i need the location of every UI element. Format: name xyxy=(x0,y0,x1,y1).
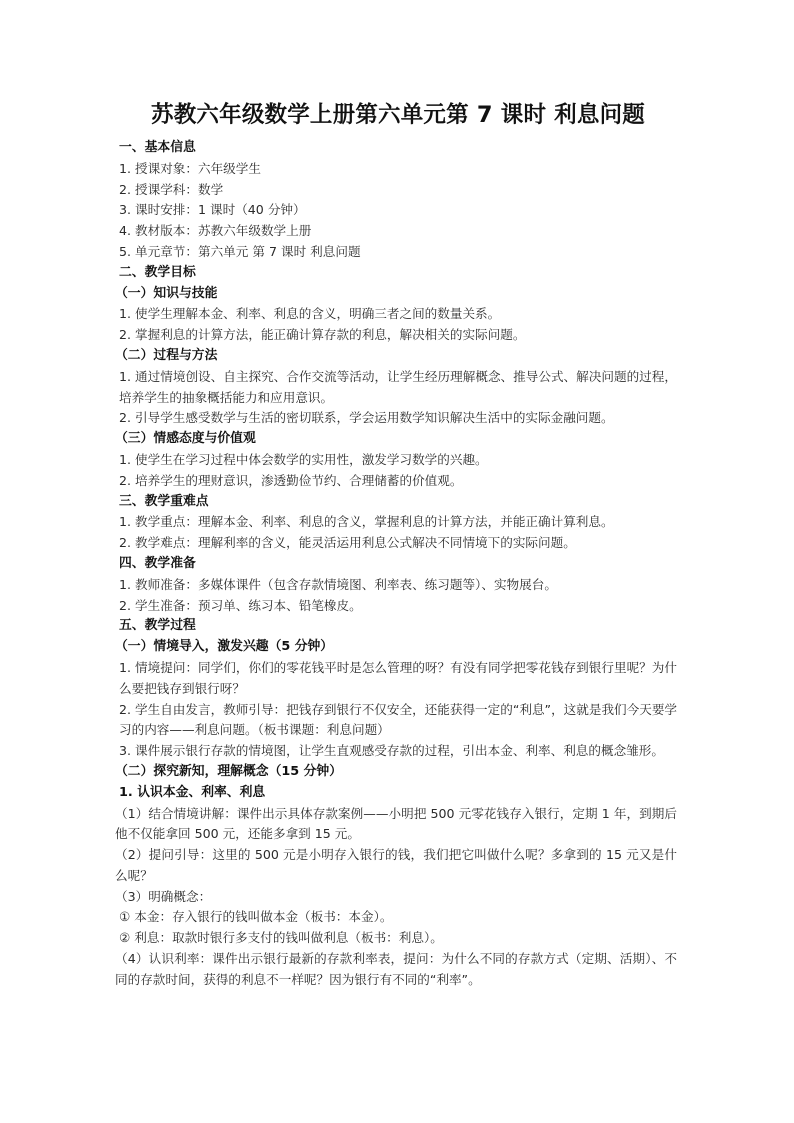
list-item: 3. 课件展示银行存款的情境图，让学生直观感受存款的过程，引出本金、利率、利息的… xyxy=(119,741,677,762)
info-item-audience: 1. 授课对象：六年级学生 xyxy=(119,159,677,180)
list-item: （3）明确概念： xyxy=(115,887,677,908)
subsection-heading: （一）知识与技能 xyxy=(115,284,677,305)
section-heading: 四、教学准备 xyxy=(119,554,677,575)
list-item: 2. 引导学生感受数学与生活的密切联系，学会运用数学知识解决生活中的实际金融问题… xyxy=(119,408,677,429)
list-item: （2）提问引导：这里的 500 元是小明存入银行的钱，我们把它叫做什么呢？多拿到… xyxy=(115,845,677,887)
section-teaching-process: 五、教学过程 （一）情境导入，激发兴趣（5 分钟） 1. 情境提问：同学们，你们… xyxy=(119,616,677,990)
list-item: ① 本金：存入银行的钱叫做本金（板书：本金）。 xyxy=(119,907,677,928)
section-heading: 一、基本信息 xyxy=(119,138,677,159)
list-item: 2. 培养学生的理财意识，渗透勤俭节约、合理储蓄的价值观。 xyxy=(119,471,677,492)
section-key-points: 三、教学重难点 1. 教学重点：理解本金、利率、利息的含义，掌握利息的计算方法，… xyxy=(119,492,677,554)
list-item: 2. 教学难点：理解利率的含义，能灵活运用利息公式解决不同情境下的实际问题。 xyxy=(119,533,677,554)
list-item: 1. 使学生在学习过程中体会数学的实用性，激发学习数学的兴趣。 xyxy=(119,450,677,471)
info-item-chapter: 5. 单元章节：第六单元 第 7 课时 利息问题 xyxy=(119,242,677,263)
section-objectives: 二、教学目标 （一）知识与技能 1. 使学生理解本金、利率、利息的含义，明确三者… xyxy=(119,263,677,492)
subsection-heading: （二）探究新知，理解概念（15 分钟） xyxy=(115,762,677,783)
document-title: 苏教六年级数学上册第六单元第 7 课时 利息问题 xyxy=(111,98,685,132)
list-item: 2. 掌握利息的计算方法，能正确计算存款的利息，解决相关的实际问题。 xyxy=(119,325,677,346)
section-preparation: 四、教学准备 1. 教师准备：多媒体课件（包含存款情境图、利率表、练习题等）、实… xyxy=(119,554,677,616)
list-item: （1）结合情境讲解：课件出示具体存款案例——小明把 500 元零花钱存入银行，定… xyxy=(115,804,677,846)
list-item: 2. 学生自由发言，教师引导：把钱存到银行不仅安全，还能获得一定的“利息”，这就… xyxy=(119,700,677,742)
info-item-textbook: 4. 教材版本：苏教六年级数学上册 xyxy=(119,221,677,242)
section-basic-info: 一、基本信息 1. 授课对象：六年级学生 2. 授课学科：数学 3. 课时安排：… xyxy=(119,138,677,263)
list-item: 1. 情境提问：同学们，你们的零花钱平时是怎么管理的呀？有没有同学把零花钱存到银… xyxy=(119,658,677,700)
info-item-duration: 3. 课时安排：1 课时（40 分钟） xyxy=(119,200,677,221)
subsection-heading: （一）情境导入，激发兴趣（5 分钟） xyxy=(115,637,677,658)
subsection-heading: （三）情感态度与价值观 xyxy=(115,429,677,450)
list-item: 1. 通过情境创设、自主探究、合作交流等活动，让学生经历理解概念、推导公式、解决… xyxy=(119,367,677,409)
info-item-subject: 2. 授课学科：数学 xyxy=(119,180,677,201)
section-heading: 二、教学目标 xyxy=(119,263,677,284)
document-page: 苏教六年级数学上册第六单元第 7 课时 利息问题 一、基本信息 1. 授课对象：… xyxy=(119,98,677,991)
list-item: 1. 使学生理解本金、利率、利息的含义，明确三者之间的数量关系。 xyxy=(119,304,677,325)
list-item: 1. 教师准备：多媒体课件（包含存款情境图、利率表、练习题等）、实物展台。 xyxy=(119,575,677,596)
topic-heading: 1. 认识本金、利率、利息 xyxy=(119,783,677,804)
list-item: ② 利息：取款时银行多支付的钱叫做利息（板书：利息）。 xyxy=(119,928,677,949)
list-item: 1. 教学重点：理解本金、利率、利息的含义，掌握利息的计算方法，并能正确计算利息… xyxy=(119,512,677,533)
list-item: 2. 学生准备：预习单、练习本、铅笔橡皮。 xyxy=(119,596,677,617)
section-heading: 五、教学过程 xyxy=(119,616,677,637)
section-heading: 三、教学重难点 xyxy=(119,492,677,513)
subsection-heading: （二）过程与方法 xyxy=(115,346,677,367)
list-item: （4）认识利率：课件出示银行最新的存款利率表，提问：为什么不同的存款方式（定期、… xyxy=(115,949,677,991)
